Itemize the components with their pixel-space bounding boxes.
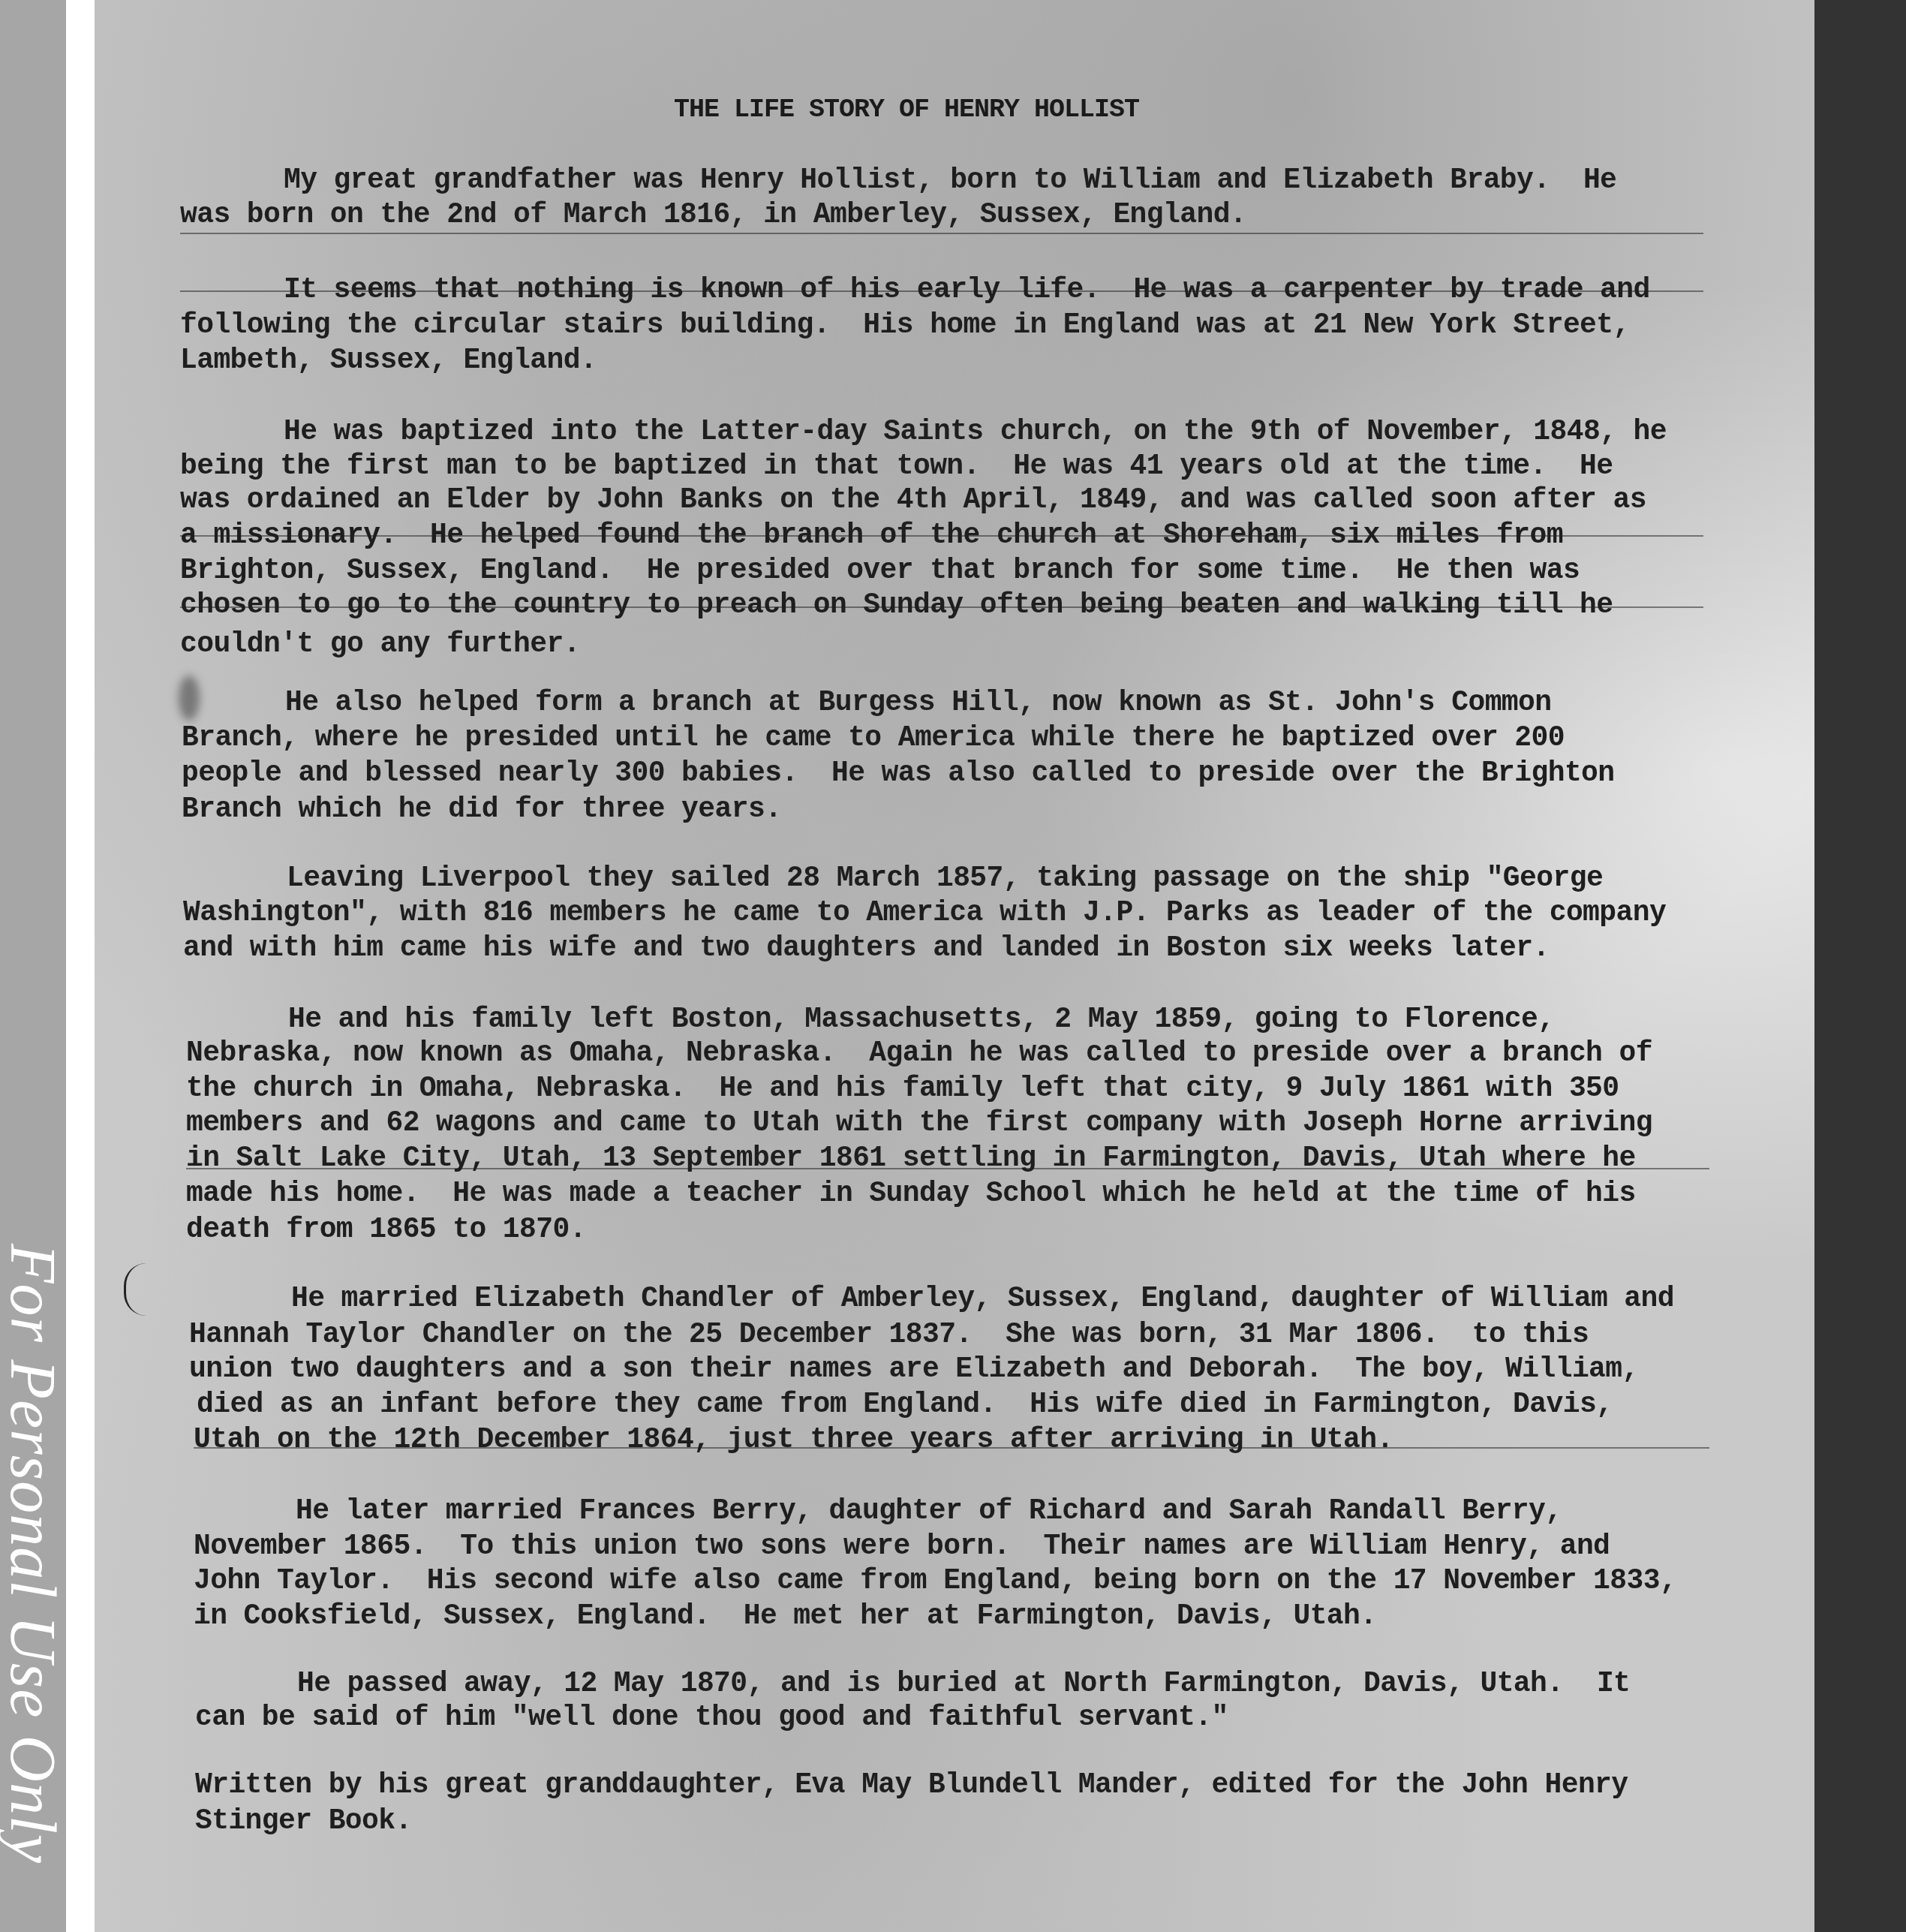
text-line: was born on the 2nd of March 1816, in Am…: [180, 201, 1246, 230]
text-line: Branch, where he presided until he came …: [182, 724, 1565, 753]
text-line: death from 1865 to 1870.: [186, 1216, 586, 1244]
text-line: can be said of him "well done thou good …: [195, 1704, 1228, 1732]
text-line: made his home. He was made a teacher in …: [186, 1180, 1636, 1208]
text-line: and with him came his wife and two daugh…: [183, 934, 1550, 963]
text-line: Hannah Taylor Chandler on the 25 Decembe…: [189, 1321, 1589, 1350]
text-line: died as an infant before they came from …: [197, 1391, 1613, 1419]
text-line: in Salt Lake City, Utah, 13 September 18…: [186, 1145, 1636, 1173]
text-line: He married Elizabeth Chandler of Amberle…: [291, 1285, 1674, 1314]
text-line: My great grandfather was Henry Hollist, …: [284, 167, 1616, 195]
page-margin: [66, 0, 95, 1932]
text-line: Brighton, Sussex, England. He presided o…: [180, 557, 1580, 585]
text-line: couldn't go any further.: [180, 630, 580, 659]
text-line: Lambeth, Sussex, England.: [180, 347, 597, 375]
text-line: union two daughters and a son their name…: [189, 1356, 1639, 1384]
text-line: Written by his great granddaughter, Eva …: [195, 1771, 1628, 1800]
text-line: Leaving Liverpool they sailed 28 March 1…: [287, 865, 1603, 893]
text-line: following the circular stairs building. …: [180, 311, 1630, 340]
text-line: being the first man to be baptized in th…: [180, 453, 1613, 481]
text-line: John Taylor. His second wife also came f…: [194, 1567, 1676, 1596]
text-line: Utah on the 12th December 1864, just thr…: [194, 1426, 1393, 1455]
text-line: Nebraska, now known as Omaha, Nebraska. …: [186, 1040, 1652, 1068]
text-line: the church in Omaha, Nebraska. He and hi…: [186, 1075, 1619, 1103]
text-line: Branch which he did for three years.: [182, 796, 781, 824]
watermark-text: For Personal Use Only: [0, 1244, 71, 1864]
watermark-sidebar: For Personal Use Only: [0, 0, 66, 1932]
text-line: was ordained an Elder by John Banks on t…: [180, 486, 1646, 515]
text-line: He also helped form a branch at Burgess …: [285, 689, 1551, 718]
text-line: He was baptized into the Latter-day Sain…: [284, 418, 1667, 447]
text-line: a missionary. He helped found the branch…: [180, 522, 1563, 550]
text-line: He passed away, 12 May 1870, and is buri…: [297, 1670, 1630, 1699]
text-line: Washington", with 816 members he came to…: [183, 899, 1666, 928]
document-page: For Personal Use Only THE LIFE STORY OF …: [0, 0, 1906, 1932]
text-line: members and 62 wagons and came to Utah w…: [186, 1109, 1652, 1138]
text-line: He later married Frances Berry, daughter…: [296, 1497, 1562, 1526]
text-line: chosen to go to the country to preach on…: [180, 591, 1613, 620]
document-title: THE LIFE STORY OF HENRY HOLLIST: [674, 95, 1139, 125]
scan-border-dark: [1814, 0, 1906, 1932]
text-line: November 1865. To this union two sons we…: [194, 1533, 1610, 1561]
ink-smudge: [179, 676, 200, 721]
text-line: in Cooksfield, Sussex, England. He met h…: [194, 1602, 1376, 1631]
text-line: It seems that nothing is known of his ea…: [284, 276, 1650, 305]
text-line: people and blessed nearly 300 babies. He…: [182, 760, 1615, 788]
underline-rule: [180, 233, 1703, 234]
text-line: He and his family left Boston, Massachus…: [288, 1006, 1554, 1034]
text-line: Stinger Book.: [195, 1807, 412, 1836]
